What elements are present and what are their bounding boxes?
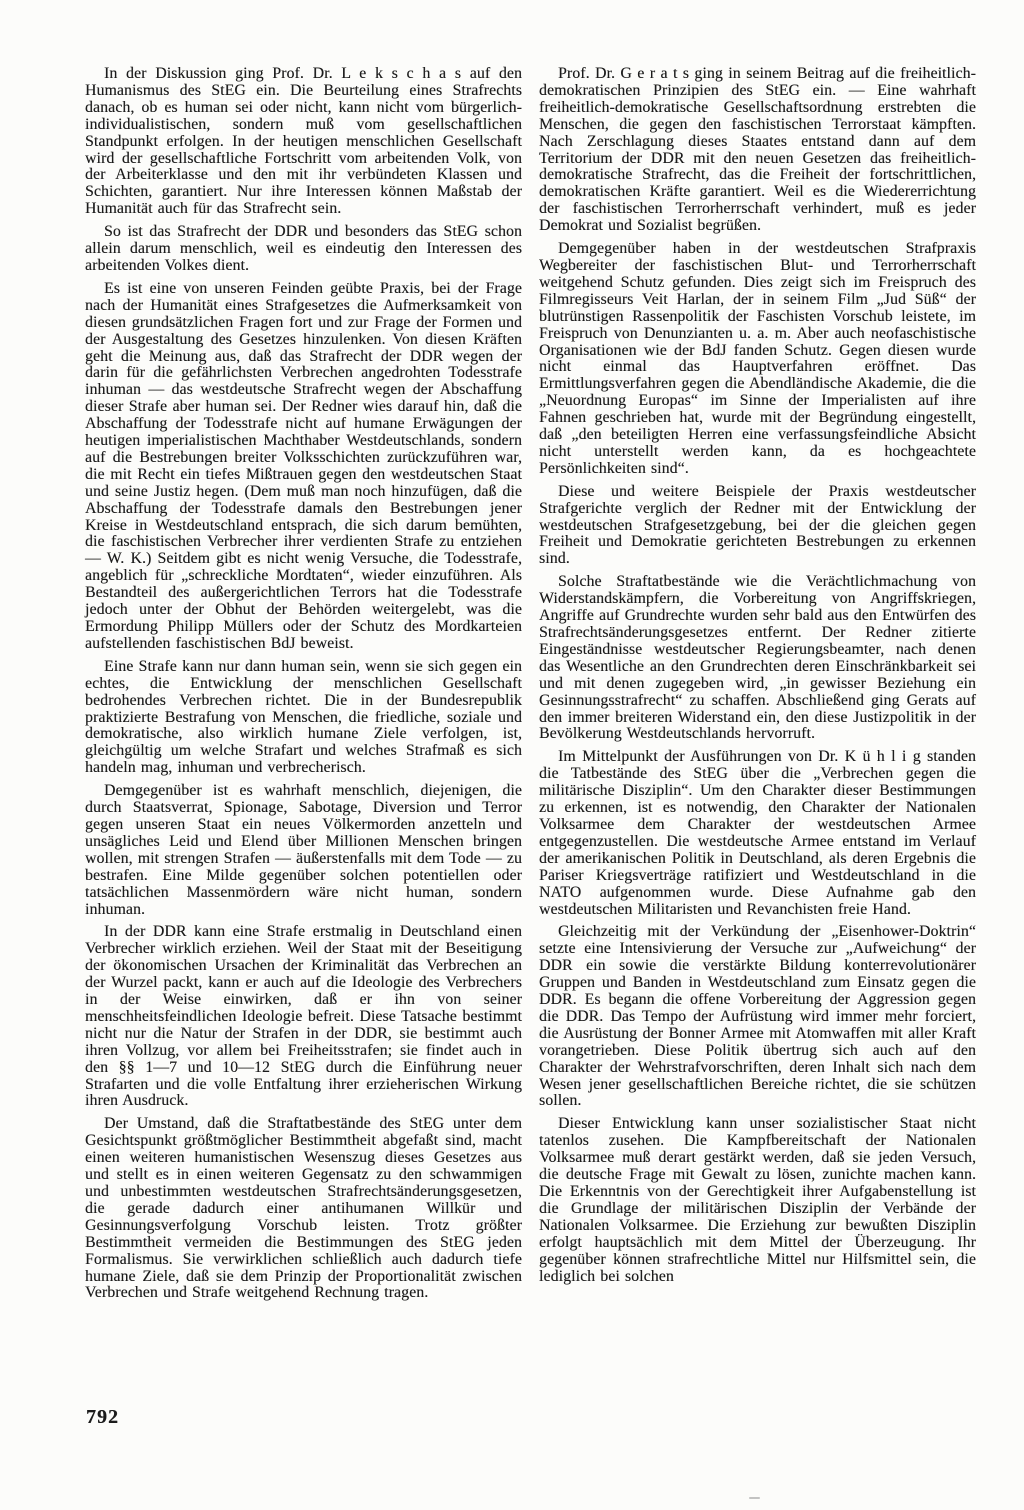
- paragraph: Diese und weitere Beispiele der Praxis w…: [539, 484, 976, 569]
- paragraph: Es ist eine von unseren Feinden geübte P…: [85, 281, 522, 653]
- left-column: In der Diskussion ging Prof. Dr. L e k s…: [85, 66, 522, 1308]
- paragraph: Prof. Dr. G e r a t s ging in seinem Bei…: [539, 66, 976, 235]
- paragraph: Solche Straftatbestände wie die Verächtl…: [539, 574, 976, 743]
- scan-artifact: [749, 1497, 760, 1499]
- paragraph: Eine Strafe kann nur dann human sein, we…: [85, 659, 522, 777]
- right-column: Prof. Dr. G e r a t s ging in seinem Bei…: [539, 66, 976, 1291]
- paragraph: Gleichzeitig mit der Verkündung der „Eis…: [539, 924, 976, 1110]
- scanned-journal-page: In der Diskussion ging Prof. Dr. L e k s…: [0, 0, 1024, 1510]
- paragraph: Im Mittelpunkt der Ausführungen von Dr. …: [539, 749, 976, 918]
- paragraph: Der Umstand, daß die Straftatbestände de…: [85, 1116, 522, 1302]
- page-number: 792: [86, 1406, 119, 1429]
- paragraph: In der Diskussion ging Prof. Dr. L e k s…: [85, 66, 522, 218]
- paragraph: So ist das Strafrecht der DDR und besond…: [85, 224, 522, 275]
- paragraph: Demgegenüber haben in der westdeutschen …: [539, 241, 976, 478]
- paragraph: In der DDR kann eine Strafe erstmalig in…: [85, 924, 522, 1110]
- paragraph: Dieser Entwicklung kann unser sozialisti…: [539, 1116, 976, 1285]
- paragraph: Demgegenüber ist es wahrhaft menschlich,…: [85, 783, 522, 918]
